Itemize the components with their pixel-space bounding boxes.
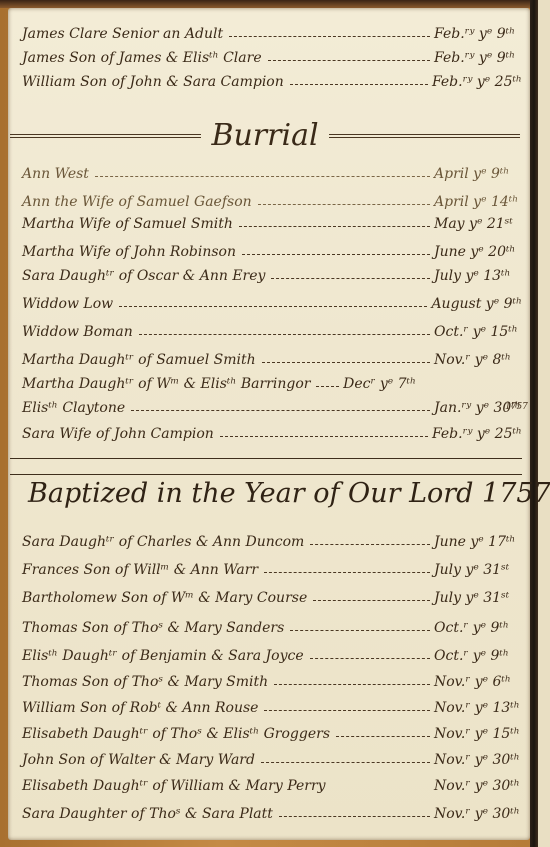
dashed-leader (261, 762, 430, 763)
baptism-entry: Frances Son of Willᵐ & Ann Warr July yᵉ … (22, 556, 522, 578)
entry-name: Sara Daughᵗʳ of Oscar & Ann Erey (22, 268, 265, 284)
entry-date: Nov.ʳ yᵉ 30ᵗʰ (434, 806, 522, 822)
dashed-leader (131, 410, 430, 411)
entry-date: Nov.ʳ yᵉ 6ᵗʰ (434, 674, 522, 690)
dashed-leader (313, 600, 430, 601)
entry-name: Bartholomew Son of Wᵐ & Mary Course (22, 590, 307, 606)
register-entry: James Son of James & Elisᵗʰ Clare Feb.ʳʸ… (22, 44, 522, 66)
baptism-entry: Elisabeth Daughᵗʳ of William & Mary Perr… (22, 772, 522, 794)
entry-name: William Son of John & Sara Campion (22, 74, 284, 90)
register-entry: James Clare Senior an Adult Feb.ʳʸ yᵉ 9ᵗ… (22, 20, 522, 42)
dashed-leader (258, 204, 430, 205)
burial-entry: Martha Wife of John Robinson June yᵉ 20ᵗ… (22, 238, 522, 260)
entry-name: Elisabeth Daughᵗʳ of William & Mary Perr… (22, 778, 326, 794)
dashed-leader (310, 658, 430, 659)
entry-name: Martha Daughᵗʳ of Samuel Smith (22, 352, 256, 368)
entry-name: Frances Son of Willᵐ & Ann Warr (22, 562, 258, 578)
burial-entry: Martha Daughᵗʳ of Wᵐ & Elisᵗʰ Barringor … (22, 370, 522, 392)
dashed-leader (229, 36, 430, 37)
baptism-entry: Elisabeth Daughᵗʳ of Thoˢ & Elisᵗʰ Grogg… (22, 720, 522, 742)
section-divider (10, 458, 522, 459)
dashed-leader (310, 544, 430, 545)
entry-date: Oct.ʳ yᵉ 9ᵗʰ (434, 620, 522, 636)
heading-rule-left (10, 134, 201, 138)
burial-title: Burrial (201, 118, 328, 153)
entry-name: Sara Wife of John Campion (22, 426, 214, 442)
entry-date: June yᵉ 20ᵗʰ (434, 244, 522, 260)
entry-name: Elisᵗʰ Daughᵗʳ of Benjamin & Sara Joyce (22, 648, 304, 664)
burial-entry: Widdow Boman Oct.ʳ yᵉ 15ᵗʰ (22, 318, 522, 340)
entry-name: Martha Wife of John Robinson (22, 244, 236, 260)
entry-date: Feb.ʳʸ yᵉ 25ᵗʰ (432, 74, 522, 90)
dashed-leader (264, 572, 430, 573)
entry-date: Nov.ʳ yᵉ 15ᵗʰ (434, 726, 522, 742)
baptism-entry: Sara Daughᵗʳ of Charles & Ann Duncom Jun… (22, 528, 522, 550)
dashed-leader (336, 736, 430, 737)
burial-entry: Martha Daughᵗʳ of Samuel Smith Nov.ʳ yᵉ … (22, 346, 522, 368)
entry-name: Thomas Son of Thoˢ & Mary Smith (22, 674, 268, 690)
burial-entry: Martha Wife of Samuel Smith May yᵉ 21ˢᵗ (22, 210, 522, 232)
dashed-leader (274, 684, 430, 685)
dashed-leader (239, 226, 430, 227)
entry-date: July yᵉ 31ˢᵗ (434, 562, 522, 578)
dashed-leader (290, 84, 428, 85)
burial-entry: Ann West April yᵉ 9ᵗʰ (22, 160, 522, 182)
entry-name: John Son of Walter & Mary Ward (22, 752, 255, 768)
baptism-entry: Elisᵗʰ Daughᵗʳ of Benjamin & Sara Joyce … (22, 642, 522, 664)
baptism-entry: William Son of Robᵗ & Ann Rouse Nov.ʳ yᵉ… (22, 694, 522, 716)
section-divider (10, 474, 522, 475)
entry-name: Martha Daughᵗʳ of Wᵐ & Elisᵗʰ Barringor (22, 376, 310, 392)
year-margin-note: 1757 (505, 402, 528, 412)
entry-name: Elisabeth Daughᵗʳ of Thoˢ & Elisᵗʰ Grogg… (22, 726, 330, 742)
entry-name: Sara Daughter of Thoˢ & Sara Platt (22, 806, 273, 822)
entry-date: Feb.ʳʸ yᵉ 9ᵗʰ (434, 26, 522, 42)
dashed-leader (220, 436, 428, 437)
entry-date: Oct.ʳ yᵉ 9ᵗʰ (434, 648, 522, 664)
baptism-entry: Thomas Son of Thoˢ & Mary Sanders Oct.ʳ … (22, 614, 522, 636)
dashed-leader (139, 334, 430, 335)
burial-section-heading: Burrial (10, 118, 520, 153)
entry-name: James Son of James & Elisᵗʰ Clare (22, 50, 262, 66)
dashed-leader (119, 306, 427, 307)
entry-name: Widdow Boman (22, 324, 133, 340)
burial-entry: Elisᵗʰ Claytone Jan.ʳʸ yᵉ 30ᵗʰ (22, 394, 522, 416)
entry-name: Thomas Son of Thoˢ & Mary Sanders (22, 620, 284, 636)
entry-date: April yᵉ 9ᵗʰ (434, 166, 522, 182)
dashed-leader (242, 254, 430, 255)
dashed-leader (279, 816, 430, 817)
adjacent-page-edge (538, 0, 550, 847)
baptism-entry: Sara Daughter of Thoˢ & Sara Platt Nov.ʳ… (22, 800, 522, 822)
burial-entry: Sara Daughᵗʳ of Oscar & Ann Erey July yᵉ… (22, 262, 522, 284)
entry-date: May yᵉ 21ˢᵗ (434, 216, 522, 232)
entry-date: Feb.ʳʸ yᵉ 9ᵗʰ (434, 50, 522, 66)
dashed-leader (268, 60, 430, 61)
entry-name: Widdow Low (22, 296, 113, 312)
dashed-leader (264, 710, 430, 711)
baptism-entry: Bartholomew Son of Wᵐ & Mary Course July… (22, 584, 522, 606)
entry-date: Nov.ʳ yᵉ 30ᵗʰ (434, 752, 522, 768)
book-top-edge (0, 0, 550, 8)
burial-entry: Sara Wife of John Campion Feb.ʳʸ yᵉ 25ᵗʰ (22, 420, 522, 442)
entry-name: Sara Daughᵗʳ of Charles & Ann Duncom (22, 534, 304, 550)
entry-date: Decʳ yᵉ 7ᵗʰ (343, 376, 431, 392)
entry-date: Oct.ʳ yᵉ 15ᵗʰ (434, 324, 522, 340)
entry-name: James Clare Senior an Adult (22, 26, 223, 42)
entry-name: William Son of Robᵗ & Ann Rouse (22, 700, 258, 716)
entry-date: Nov.ʳ yᵉ 13ᵗʰ (434, 700, 522, 716)
dashed-leader (316, 386, 339, 387)
entry-name: Elisᵗʰ Claytone (22, 400, 125, 416)
entry-name: Ann the Wife of Samuel Gaefson (22, 194, 252, 210)
dashed-leader (262, 362, 430, 363)
burial-entry: Ann the Wife of Samuel Gaefson April yᵉ … (22, 188, 522, 210)
entry-date: Nov.ʳ yᵉ 8ᵗʰ (434, 352, 522, 368)
entry-date: April yᵉ 14ᵗʰ (434, 194, 522, 210)
baptism-entry: Thomas Son of Thoˢ & Mary Smith Nov.ʳ yᵉ… (22, 668, 522, 690)
dashed-leader (95, 176, 430, 177)
entry-date: August yᵉ 9ᵗʰ (431, 296, 522, 312)
entry-name: Ann West (22, 166, 89, 182)
entry-date: Feb.ʳʸ yᵉ 25ᵗʰ (432, 426, 522, 442)
heading-rule-right (329, 134, 520, 138)
book-spine (530, 0, 538, 847)
burial-entry: Widdow Low August yᵉ 9ᵗʰ (22, 290, 522, 312)
register-entry: William Son of John & Sara Campion Feb.ʳ… (22, 68, 522, 90)
entry-date: June yᵉ 17ᵗʰ (434, 534, 522, 550)
baptism-entry: John Son of Walter & Mary Ward Nov.ʳ yᵉ … (22, 746, 522, 768)
entry-date: July yᵉ 31ˢᵗ (434, 590, 522, 606)
dashed-leader (290, 630, 430, 631)
entry-name: Martha Wife of Samuel Smith (22, 216, 233, 232)
baptism-section-title: Baptized in the Year of Our Lord 1757. (28, 478, 550, 509)
entry-date: Nov.ʳ yᵉ 30ᵗʰ (434, 778, 522, 794)
dashed-leader (271, 278, 430, 279)
entry-date: July yᵉ 13ᵗʰ (434, 268, 522, 284)
